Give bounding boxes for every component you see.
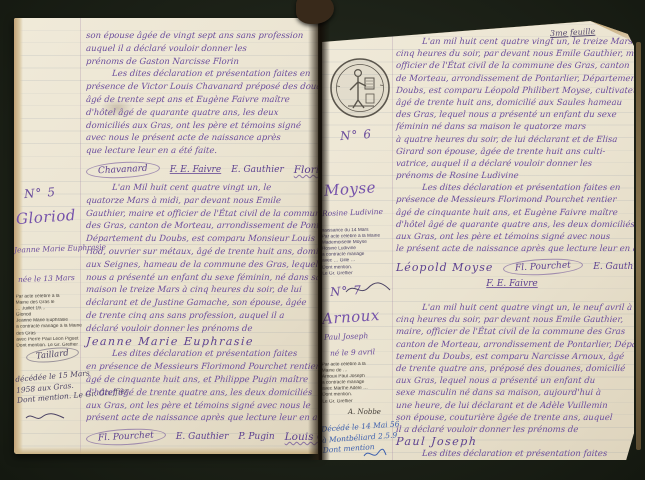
entry4-continuation: son épouse âgée de vingt sept ans sans p… <box>86 30 312 178</box>
manuscript-line: L'an Mil huit cent quatre vingt un, le <box>86 182 313 195</box>
manuscript-line: Département du Doubs, est comparu Monsie… <box>86 233 313 246</box>
manuscript-line: L'an mil huit cent quatre vingt un, le n… <box>396 302 629 314</box>
manuscript-line: riod, ouvrier sur métaux, âgé de trente … <box>86 246 313 259</box>
manuscript-line: que lecture leur en a été faite. <box>86 145 313 158</box>
signature: P. Pugin <box>238 432 274 442</box>
manuscript-line: Les dites déclaration et présentation fa… <box>86 68 313 81</box>
entry5-body: L'an Mil huit cent quatre vingt un, lequ… <box>86 182 312 445</box>
manuscript-line: prénoms de Rosine Ludivine <box>396 170 629 182</box>
signature: F. E. Faivre <box>486 279 537 289</box>
margin-birth-note: née le 13 Mars <box>18 273 75 284</box>
manuscript-line: officier de l'État civil de la commune d… <box>396 60 629 72</box>
manuscript-line: âgé de trente sept ans et Eugène Faivre … <box>86 94 313 107</box>
manuscript-line: de trente cinq ans sans profession, auqu… <box>86 310 313 323</box>
margin-surname: Gloriod <box>15 206 76 228</box>
manuscript-line: domiciliés aux Gras, ont les père et tém… <box>86 120 313 133</box>
manuscript-line: présence de Victor Louis Chavanard prépo… <box>86 81 313 94</box>
manuscript-line: déclarant et de Justine Gamache, son épo… <box>86 297 313 310</box>
entry6-signatures-row2: F. E. Faivre <box>396 279 628 289</box>
manuscript-line: sexe masculin né dans sa maison, aujourd… <box>396 387 629 399</box>
manuscript-line: auquel il a déclaré vouloir donner les <box>86 43 313 56</box>
entry6-body: L'an mil huit cent quatre vingt un, le t… <box>396 36 628 289</box>
manuscript-line: vatrice, auquel il a déclaré vouloir don… <box>396 158 629 170</box>
manuscript-line: de Morteau, arrondissement de Pontarlier… <box>396 73 629 85</box>
stamp-text-line: a contracté mariage à la Mairie <box>16 324 90 331</box>
manuscript-line: Girard son épouse, âgée de trente huit a… <box>396 146 629 158</box>
manuscript-line: son épouse âgée de vingt sept ans sans p… <box>86 30 313 43</box>
manuscript-line: le présent acte de naissance après que l… <box>396 243 629 255</box>
margin-child-name: Paul Joseph <box>324 331 369 342</box>
marriage-mention-stamp: naissance du 14 MarsPar acte célébré à l… <box>322 227 396 277</box>
manuscript-line: des Gras, canton de Morteau, arrondissem… <box>86 220 313 233</box>
manuscript-line: aux Gras, lequel nous a présenté un enfa… <box>396 375 629 387</box>
entry5-lines: L'an Mil huit cent quatre vingt un, lequ… <box>86 182 312 425</box>
signature-paraph-icon <box>24 410 66 424</box>
entry4-lines: son épouse âgée de vingt sept ans sans p… <box>86 30 312 158</box>
manuscript-line: Les dites déclaration et présentation fa… <box>396 182 629 194</box>
manuscript-line: d'hôtel âgé de quarante quatre ans, les … <box>86 107 313 120</box>
manuscript-line: quatorze Mars à midi, par devant nous Em… <box>86 195 313 208</box>
margin-child-name: Rosine Ludivine <box>322 207 383 218</box>
manuscript-line: de trente quatre ans, préposé des douane… <box>396 363 629 375</box>
manuscript-line: âgé de cinquante huit ans, et Eugène Fai… <box>396 207 629 219</box>
entry6-lines: L'an mil huit cent quatre vingt un, le t… <box>396 36 628 255</box>
right-page: 3me feuille N° 6 Moyse Rosine Ludivine n… <box>322 12 634 460</box>
manuscript-line: âgé de trente huit ans, domicilié aux Sa… <box>396 97 629 109</box>
entry-number: N° 5 <box>24 185 57 201</box>
manuscript-line: nous a présenté un enfant du sexe fémini… <box>86 272 313 285</box>
page-stack-edge <box>636 42 641 450</box>
signature: E. Gauthier <box>231 165 284 175</box>
marriage-mention-stamp: Par acte célébré à laMairie des Gras le…… <box>16 293 91 349</box>
left-page: N° 5 Gloriod Jeanne Marie Euphrasie née … <box>14 18 318 454</box>
manuscript-line: aux Gras, ont les père et témoins signé … <box>396 231 629 243</box>
entry-number: N° 6 <box>340 127 373 143</box>
manuscript-line: d'hôtel âgé de quarante quatre ans, les … <box>396 219 629 231</box>
signature: F. E. Faivre <box>170 165 221 175</box>
manuscript-line: présent acte de naissance après que lect… <box>86 412 313 425</box>
entry7-lines: L'an mil huit cent quatre vingt un, le n… <box>396 302 628 460</box>
binding-damage <box>296 0 334 24</box>
manuscript-line: Jeanne Marie Euphrasie <box>86 336 313 349</box>
margin-surname: Moyse <box>323 178 376 200</box>
manuscript-line: Les dites déclaration et présentation fa… <box>396 448 629 460</box>
manuscript-line: aux Seignes, hameau de la commune des Gr… <box>86 259 313 272</box>
margin-birth-note: né le 9 avril <box>330 347 375 358</box>
stamp-text-line: Le Gr. Greffier <box>322 398 396 405</box>
signature: Fl. Pourchet <box>86 427 167 447</box>
manuscript-line: une heure, de lui déclarant et de Adèle … <box>396 400 629 412</box>
greffier-name: A. Nobbe <box>348 408 381 416</box>
entry7-body: L'an mil huit cent quatre vingt un, le n… <box>396 302 628 460</box>
manuscript-line: maison le treize Mars à cinq heures du s… <box>86 284 313 297</box>
margin-surname: Arnoux <box>322 306 380 328</box>
signature: E. Gauthier <box>176 432 229 442</box>
manuscript-line: cinq heures du soir, par devant nous Emi… <box>396 48 629 60</box>
manuscript-line: des Gras, lequel nous a présenté un enfa… <box>396 109 629 121</box>
manuscript-line: présence de Messieurs Florimond Pourchet… <box>396 194 629 206</box>
manuscript-line: son épouse, couturière âgée de trente an… <box>396 412 629 424</box>
signature: Chavanard <box>86 160 160 180</box>
manuscript-line: tement du Doubs, est comparu Narcisse Ar… <box>396 351 629 363</box>
manuscript-line: aux Gras, ont les père et témoins signé … <box>86 400 313 413</box>
signature: Louis Gloriod <box>285 431 318 443</box>
manuscript-line: cinq heures du soir, par devant nous Emi… <box>396 314 629 326</box>
manuscript-line: en présence de Messieurs Florimond Pourc… <box>86 361 313 374</box>
manuscript-line: Gauthier, maire et officier de l'État ci… <box>86 208 313 221</box>
manuscript-line: L'an mil huit cent quatre vingt un, le t… <box>396 36 629 48</box>
marriage-mention-stamp: Par acte célébré à laMairie de …Arnoux P… <box>322 361 396 405</box>
manuscript-line: à quatre heures du soir, de lui déclaran… <box>396 134 629 146</box>
signature-paraph-icon <box>362 446 388 460</box>
entry6-signatures-row1: Léopold MoyseFl. PourchetE. Gauthier <box>396 259 628 275</box>
manuscript-line: maire, officier de l'État civil de la co… <box>396 326 629 338</box>
entry5-signatures: Fl. PourchetE. GauthierP. PuginLouis Glo… <box>86 429 312 445</box>
manuscript-line: Paul Joseph <box>396 436 629 448</box>
manuscript-line: canton de Morteau, arrondissement de Pon… <box>396 339 629 351</box>
signature: Florin <box>294 164 318 176</box>
manuscript-line: déclaré vouloir donner les prénoms de <box>86 323 313 336</box>
signature-paraph-icon <box>344 280 392 298</box>
signature: E. Gauthier <box>593 262 634 272</box>
signature: Fl. Pourchet <box>503 257 584 277</box>
photo-backdrop: N° 5 Gloriod Jeanne Marie Euphrasie née … <box>0 0 645 480</box>
signature: Léopold Moyse <box>396 261 493 274</box>
revenue-stamp-icon <box>328 56 392 120</box>
manuscript-line: prénoms de Gaston Narcisse Florin <box>86 56 313 69</box>
manuscript-line: avec nous le présent acte de naissance a… <box>86 132 313 145</box>
manuscript-line: d'hôtel âgé de trente quatre ans, les de… <box>86 387 313 400</box>
entry4-signatures: ChavanardF. E. FaivreE. GauthierFlorin <box>86 162 312 178</box>
manuscript-line: Doubs, est comparu Léopold Philibert Moy… <box>396 85 629 97</box>
manuscript-line: Les dites déclaration et présentation fa… <box>86 348 313 361</box>
manuscript-line: âgé de cinquante huit ans, et Philippe P… <box>86 374 313 387</box>
manuscript-line: féminin né dans sa maison le quatorze ma… <box>396 121 629 133</box>
stamp-text-line: Le Gr. Greffier <box>322 270 396 277</box>
